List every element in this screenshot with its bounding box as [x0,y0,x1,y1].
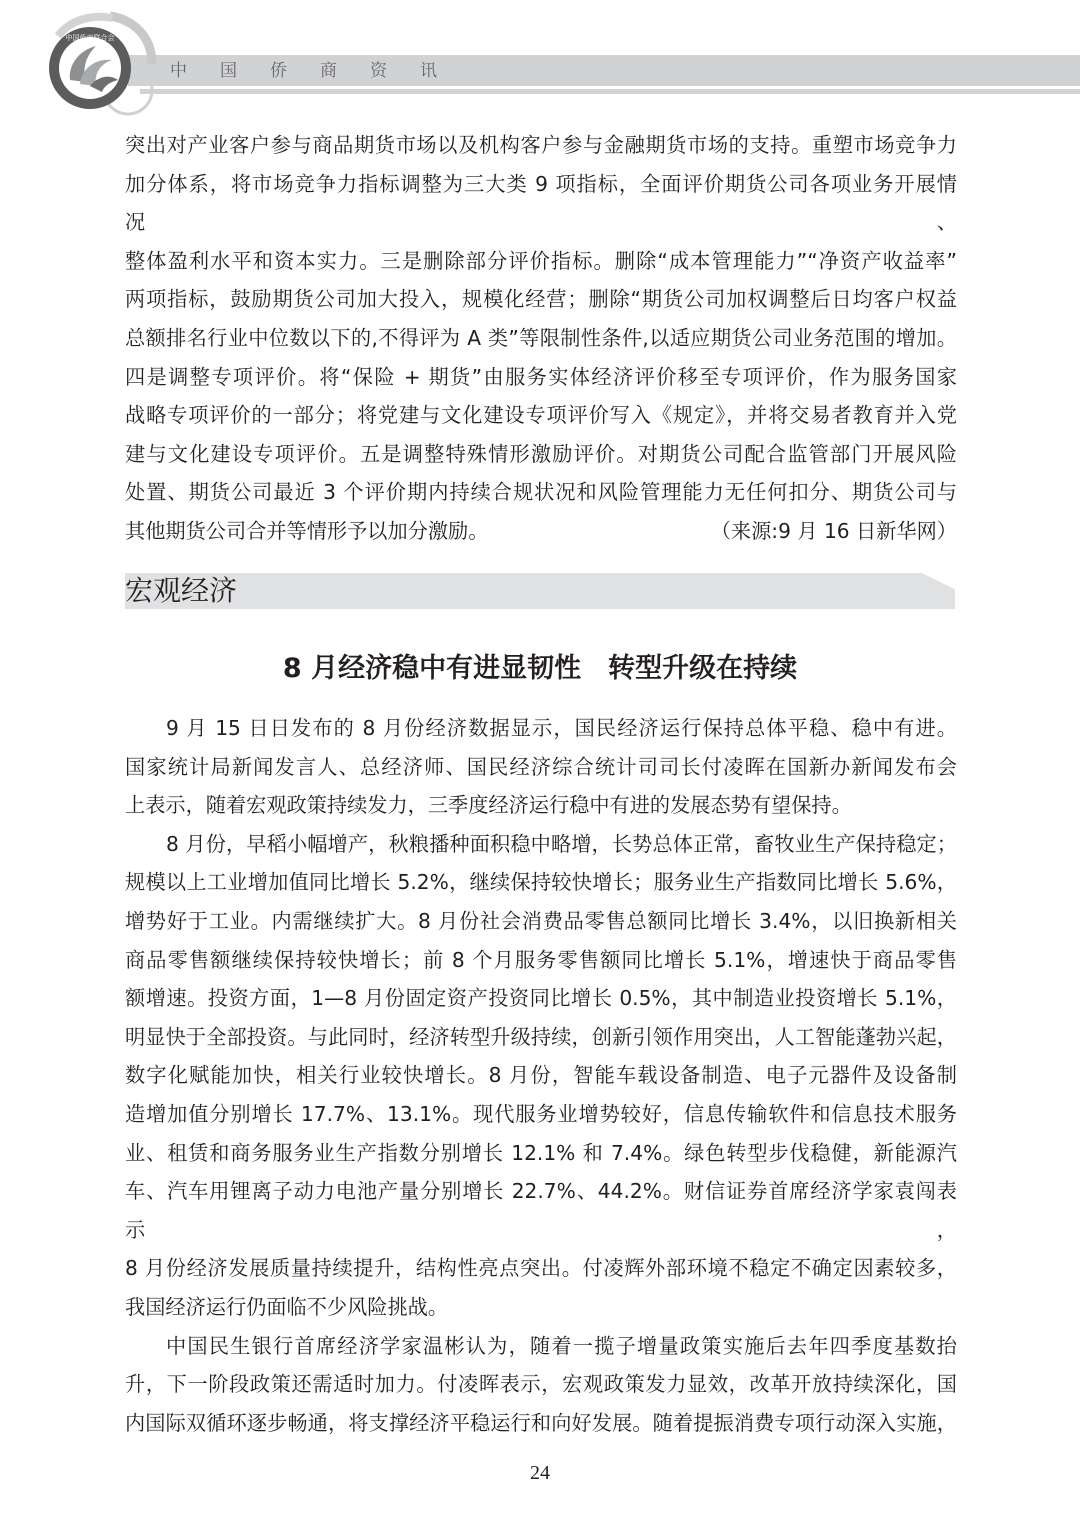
text-line: 两项指标，鼓励期货公司加大投入，规模化经营；删除“期货公司加权调整后日均客户权益 [125,280,957,319]
previous-article-continuation: 突出对产业客户参与商品期货市场以及机构客户参与金融期货市场的支持。重塑市场竞争力… [125,126,957,551]
text-line: 造增加值分别增长 17.7%、13.1%。现代服务业增势较好，信息传输软件和信息… [125,1095,957,1134]
text-line: 建与文化建设专项评价。五是调整特殊情形激励评价。对期货公司配合监管部门开展风险 [125,435,957,474]
final-line-with-source: 其他期货公司合并等情形予以加分激励。 （来源:9 月 16 日新华网） [125,512,957,551]
federation-logo-icon: 中国侨商联合会 [40,6,160,121]
publication-title: 中国侨商资讯 [170,58,470,84]
text-line: 战略专项评价的一部分；将党建与文化建设专项评价写入《规定》，并将交易者教育并入党 [125,396,957,435]
text-line: 车、汽车用锂离子动力电池产量分别增长 22.7%、44.2%。财信证券首席经济学… [125,1172,957,1249]
text-line: 9 月 15 日日发布的 8 月份经济数据显示，国民经济运行保持总体平稳、稳中有… [125,709,957,748]
text-line: 中国民生银行首席经济学家温彬认为，随着一揽子增量政策实施后去年四季度基数抬 [125,1327,957,1366]
section-header-bar [125,573,955,609]
text-line: 处置、期货公司最近 3 个评价期内持续合规状况和风险管理能力无任何扣分、期货公司… [125,473,957,512]
text-line: 数字化赋能加快，相关行业较快增长。8 月份，智能车载设备制造、电子元器件及设备制 [125,1056,957,1095]
source-citation: （来源:9 月 16 日新华网） [711,512,957,551]
text-line: 规模以上工业增加值同比增长 5.2%，继续保持较快增长；服务业生产指数同比增长 … [125,863,957,902]
text-line: 业、租赁和商务服务业生产指数分别增长 12.1% 和 7.4%。绿色转型步伐稳健… [125,1134,957,1173]
header-rule [140,89,1080,94]
text-line: 升，下一阶段政策还需适时加力。付凌晖表示，宏观政策发力显效，改革开放持续深化，国 [125,1365,957,1404]
article-title: 8 月经济稳中有进显韧性 转型升级在持续 [125,648,955,690]
text-line: 8 月份，早稻小幅增产，秋粮播种面积稳中略增，长势总体正常，畜牧业生产保持稳定； [125,825,957,864]
text-line: 整体盈利水平和资本实力。三是删除部分评价指标。删除“成本管理能力”“净资产收益率… [125,242,957,281]
text-line: 额增速。投资方面，1—8 月份固定资产投资同比增长 0.5%，其中制造业投资增长… [125,979,957,1018]
text-line: 突出对产业客户参与商品期货市场以及机构客户参与金融期货市场的支持。重塑市场竞争力 [125,126,957,165]
article-body: 9 月 15 日日发布的 8 月份经济数据显示，国民经济运行保持总体平稳、稳中有… [125,709,957,1442]
text-line: 加分体系，将市场竞争力指标调整为三大类 9 项指标，全面评价期货公司各项业务开展… [125,165,957,242]
text-line: 明显快于全部投资。与此同时，经济转型升级持续，创新引领作用突出，人工智能蓬勃兴起… [125,1018,957,1057]
text-line: 总额排名行业中位数以下的,不得评为 A 类”等限制性条件,以适应期货公司业务范围… [125,319,957,358]
text-line: 其他期货公司合并等情形予以加分激励。 [125,512,488,551]
text-line: 8 月份经济发展质量持续提升，结构性亮点突出。付凌辉外部环境不稳定不确定因素较多… [125,1249,957,1288]
text-line: 国家统计局新闻发言人、总经济师、国民经济综合统计司司长付凌晖在国新办新闻发布会 [125,748,957,787]
text-line: 增势好于工业。内需继续扩大。8 月份社会消费品零售总额同比增长 3.4%，以旧换… [125,902,957,941]
text-line: 内国际双循环逐步畅通，将支撑经济平稳运行和向好发展。随着提振消费专项行动深入实施… [125,1404,957,1443]
text-line: 四是调整专项评价。将“保险 + 期货”由服务实体经济评价移至专项评价，作为服务国… [125,358,957,397]
page-number: 24 [0,1462,1080,1485]
svg-text:中国侨商联合会: 中国侨商联合会 [66,33,115,42]
text-line: 我国经济运行仍面临不少风险挑战。 [125,1288,957,1327]
text-line: 商品零售额继续保持较快增长；前 8 个月服务零售额同比增长 5.1%，增速快于商… [125,941,957,980]
text-line: 上表示，随着宏观政策持续发力，三季度经济运行稳中有进的发展态势有望保持。 [125,786,957,825]
section-title: 宏观经济 [125,572,237,610]
page-header: 中国侨商联合会 中国侨商资讯 [0,0,1080,130]
